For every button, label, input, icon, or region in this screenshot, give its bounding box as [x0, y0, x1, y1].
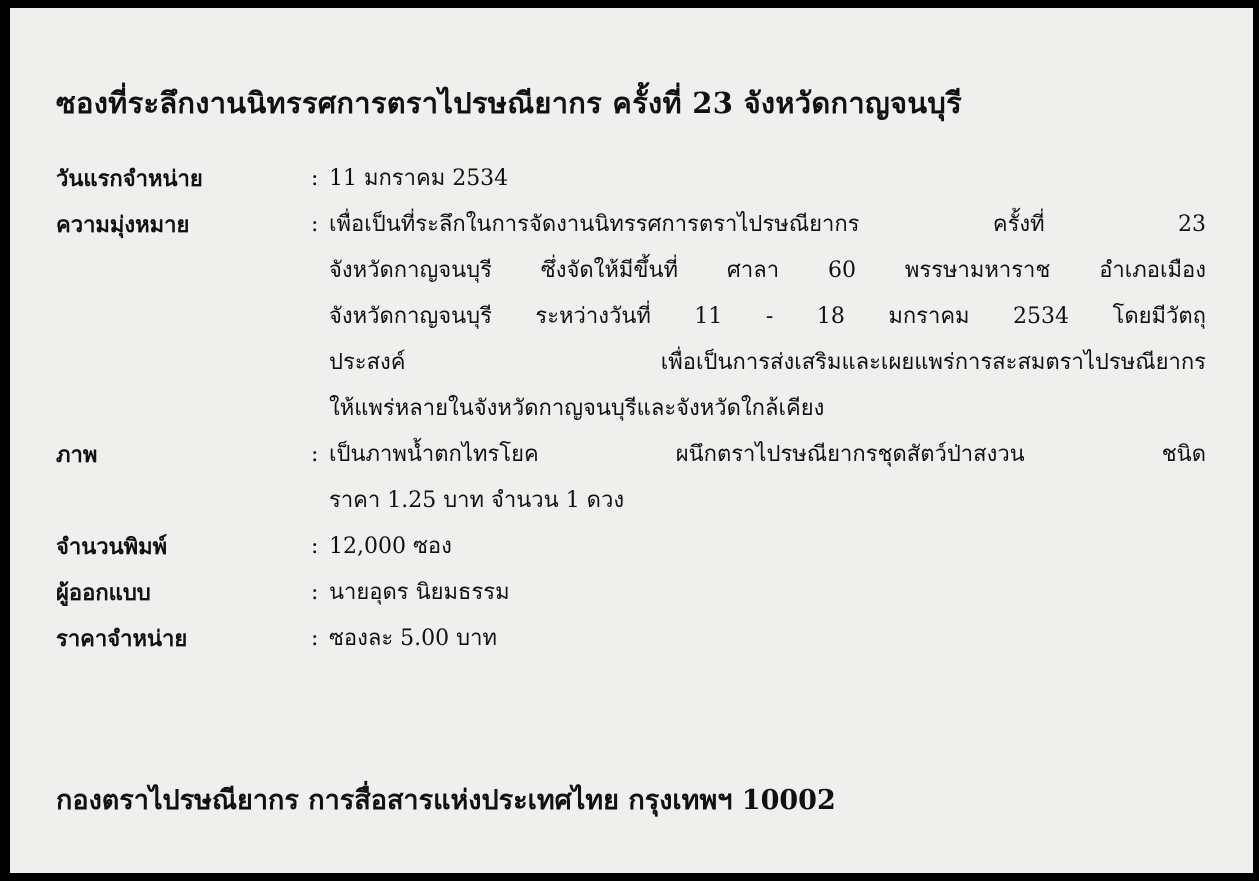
field-value-line: จังหวัดกาญจนบุรี ระหว่างวันที่ 11 - 18 ม…	[329, 294, 1206, 340]
field-value: นายอุดร นิยมธรรม	[329, 570, 1206, 616]
field-picture: ภาพ : เป็นภาพน้ำตกไทรโยค ผนึกตราไปรษณียา…	[56, 432, 1206, 524]
field-label: ความมุ่งหมาย	[56, 202, 311, 248]
field-value: ซองละ 5.00 บาท	[329, 616, 1206, 662]
field-value: 11 มกราคม 2534	[329, 156, 1206, 202]
field-value-line: นายอุดร นิยมธรรม	[329, 570, 1206, 616]
field-value-line: 11 มกราคม 2534	[329, 156, 1206, 202]
field-label: ผู้ออกแบบ	[56, 570, 311, 616]
field-value-line: ซองละ 5.00 บาท	[329, 616, 1206, 662]
field-value-line: เป็นภาพน้ำตกไทรโยค ผนึกตราไปรษณียากรชุดส…	[329, 432, 1206, 478]
field-value: 12,000 ซอง	[329, 524, 1206, 570]
field-purpose: ความมุ่งหมาย : เพื่อเป็นที่ระลึกในการจัด…	[56, 202, 1206, 432]
info-sheet: ซองที่ระลึกงานนิทรรศการตราไปรษณียากร ครั…	[10, 8, 1253, 873]
field-colon: :	[311, 570, 329, 616]
field-value-line: ให้แพร่หลายในจังหวัดกาญจนบุรีและจังหวัดใ…	[329, 386, 1206, 432]
publisher-footer: กองตราไปรษณียากร การสื่อสารแห่งประเทศไทย…	[56, 778, 836, 821]
field-print-quantity: จำนวนพิมพ์ : 12,000 ซอง	[56, 524, 1206, 570]
field-value: เพื่อเป็นที่ระลึกในการจัดงานนิทรรศการตรา…	[329, 202, 1206, 432]
field-value-line: จังหวัดกาญจนบุรี ซึ่งจัดให้มีขึ้นที่ ศาล…	[329, 248, 1206, 294]
field-value-line: เพื่อเป็นที่ระลึกในการจัดงานนิทรรศการตรา…	[329, 202, 1206, 248]
field-label: ภาพ	[56, 432, 311, 478]
field-colon: :	[311, 156, 329, 202]
field-designer: ผู้ออกแบบ : นายอุดร นิยมธรรม	[56, 570, 1206, 616]
field-colon: :	[311, 616, 329, 662]
field-label: วันแรกจำหน่าย	[56, 156, 311, 202]
field-value-line: 12,000 ซอง	[329, 524, 1206, 570]
field-first-day-of-issue: วันแรกจำหน่าย : 11 มกราคม 2534	[56, 156, 1206, 202]
field-value-line: ประสงค์ เพื่อเป็นการส่งเสริมและเผยแพร่กา…	[329, 340, 1206, 386]
field-colon: :	[311, 432, 329, 478]
field-label: จำนวนพิมพ์	[56, 524, 311, 570]
field-value-line: ราคา 1.25 บาท จำนวน 1 ดวง	[329, 478, 1206, 524]
document-title: ซองที่ระลึกงานนิทรรศการตราไปรษณียากร ครั…	[56, 80, 962, 126]
field-colon: :	[311, 202, 329, 248]
field-selling-price: ราคาจำหน่าย : ซองละ 5.00 บาท	[56, 616, 1206, 662]
field-list: วันแรกจำหน่าย : 11 มกราคม 2534 ความมุ่งห…	[56, 156, 1206, 662]
field-value: เป็นภาพน้ำตกไทรโยค ผนึกตราไปรษณียากรชุดส…	[329, 432, 1206, 524]
field-colon: :	[311, 524, 329, 570]
field-label: ราคาจำหน่าย	[56, 616, 311, 662]
